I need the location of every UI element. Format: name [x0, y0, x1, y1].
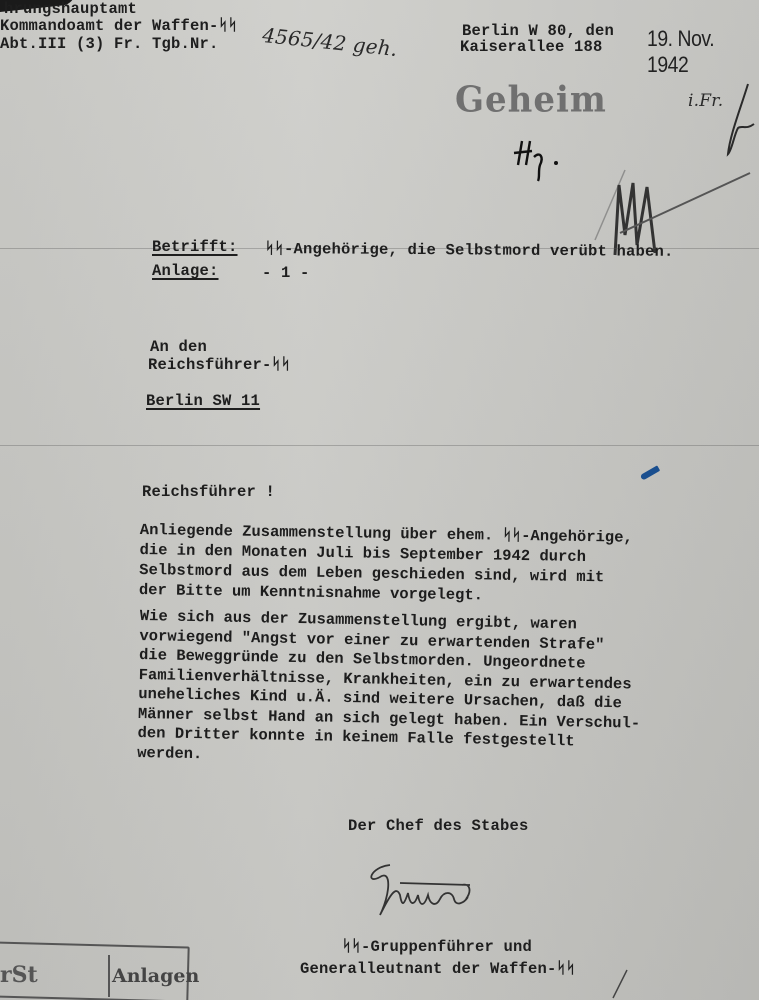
recipient-line-2: Reichsführer-ᛋᛋ	[148, 356, 291, 375]
stamp-fragment-left: rSt	[0, 962, 38, 988]
rank-line-2: Generalleutnant der Waffen-ᛋᛋ	[300, 960, 576, 979]
handwritten-mark-bottom	[605, 968, 635, 1000]
classification-stamp-geheim: Geheim	[455, 79, 607, 121]
stamp-divider	[108, 955, 110, 997]
document-page: hrungshauptamt Kommandoamt der Waffen-ᛋᛋ…	[0, 0, 759, 1000]
body-paragraph-1: Anliegende Zusammenstellung über ehem. ᛋ…	[139, 520, 633, 608]
letterhead-line-3: Abt.III (3) Fr. Tgb.Nr.	[0, 35, 219, 54]
subject-label: Betrifft:	[152, 238, 238, 257]
handwritten-initials-hg	[510, 135, 570, 185]
handwritten-reference-number: 4565/42 geh.	[261, 26, 398, 59]
signature-juettner	[360, 855, 520, 930]
blue-ink-mark	[640, 465, 660, 480]
rank-line-1: ᛋᛋ-Gruppenführer und	[342, 938, 532, 957]
recipient-line-3: Berlin SW 11	[146, 392, 260, 411]
recipient-line-1: An den	[150, 338, 207, 357]
fold-line	[0, 445, 759, 446]
attachment-label: Anlage:	[152, 262, 219, 281]
date-stamp: 19. Nov. 1942	[647, 26, 746, 78]
body-paragraph-2: Wie sich aus der Zusammenstellung ergibt…	[137, 607, 642, 773]
attachment-value: - 1 -	[262, 264, 310, 283]
stamp-label-anlagen: Anlagen	[112, 965, 199, 987]
handwritten-flourish-icon	[720, 80, 759, 160]
subject-text: ᛋᛋ-Angehörige, die Selbstmord verübt hab…	[265, 240, 674, 262]
salutation: Reichsführer !	[142, 483, 275, 502]
closing-title: Der Chef des Stabes	[348, 817, 529, 836]
handwritten-initials-top-right: i.Fr.	[688, 92, 723, 111]
place-line-2: Kaiserallee 188	[460, 38, 603, 57]
letterhead-line-2: Kommandoamt der Waffen-ᛋᛋ	[0, 17, 238, 36]
